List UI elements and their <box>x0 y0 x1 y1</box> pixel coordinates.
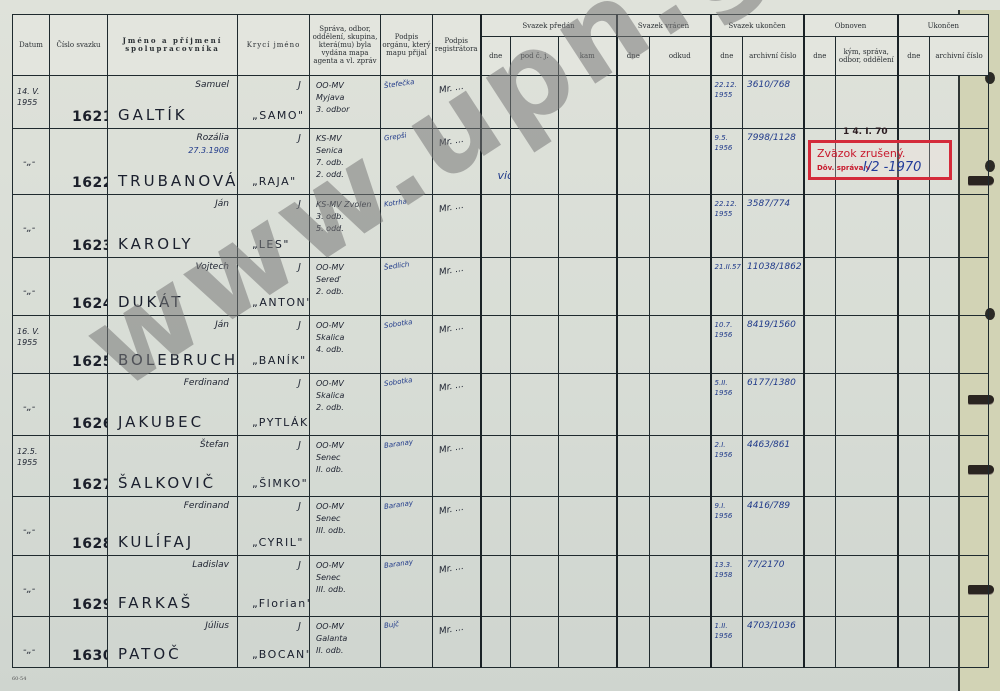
cell-ukoncen-dne: 9.5. 1956 <box>711 129 743 195</box>
cell-jmeno: SamuelGALTÍK <box>108 76 238 129</box>
organ-signature-name: Baranay <box>383 498 413 512</box>
cover-name: „ANTON" <box>252 296 310 309</box>
closed-date: 13.3. 1958 <box>715 560 743 580</box>
cell-vracen-dne <box>617 76 650 129</box>
department-line: III. odb. <box>316 525 346 537</box>
first-name: Ferdinand <box>184 378 229 388</box>
archive-number: 77/2170 <box>747 560 784 570</box>
cell-predan-dne <box>481 374 511 436</box>
department-line: Senec <box>316 572 346 584</box>
register-table: Datum Číslo svazku Jméno a příjmení spol… <box>12 14 989 668</box>
category-mark: J <box>298 440 301 451</box>
cell-jmeno: JánKAROLY <box>108 195 238 258</box>
category-mark: J <box>298 199 301 210</box>
cell-predan-kam <box>559 556 617 617</box>
cell-sprava: OO-MVSkalica2. odb. <box>310 374 381 436</box>
cell-cislo: 1626 <box>50 374 108 436</box>
department-line: 5. odd. <box>316 223 371 235</box>
cell-obnoven-dne <box>804 436 836 497</box>
table-row: 14. V. 19551621SamuelGALTÍKJ„SAMO"OO-MVM… <box>13 76 989 129</box>
cell-sprava: OO-MVMyjava3. odbor <box>310 76 381 129</box>
cell-podpis-organu: Kotrha <box>381 195 433 258</box>
cell-vracen-dne <box>617 195 650 258</box>
category-mark: J <box>298 80 301 91</box>
cell-predan-dne <box>481 436 511 497</box>
department-line: 2. odb. <box>316 402 344 414</box>
category-mark: J <box>298 262 301 273</box>
cell-podpis-organu: Sobotka <box>381 374 433 436</box>
surname: BOLEBRUCH <box>118 351 238 369</box>
cell-podpis-registratora: Mr. ... <box>433 497 481 556</box>
col-svazek-vracen: Svazek vrácen <box>617 15 711 37</box>
stamp-handwritten: I/2 -1970 <box>863 160 921 175</box>
cell-kryci-jmeno: J„PYTLÁK" <box>238 374 310 436</box>
department-line: OO-MV <box>316 320 344 332</box>
cell-ukoncen2-archivni-cislo <box>930 195 989 258</box>
file-number: 1621 <box>72 109 108 125</box>
cell-kryci-jmeno: J„ANTON" <box>238 258 310 316</box>
archive-number: 6177/1380 <box>747 378 796 388</box>
department-line: II. odb. <box>316 464 344 476</box>
col-obnoven-dne: dne <box>804 37 836 76</box>
cell-ukoncen-dne: 1.II. 1956 <box>711 617 743 668</box>
cell-podpis-organu: Grepši <box>381 129 433 195</box>
cover-name: „BOCAN" <box>252 648 310 661</box>
stamp-line-1: Zväzok zrušený. <box>817 147 905 160</box>
first-name: Štefan <box>200 440 229 450</box>
cell-cislo: 1624 <box>50 258 108 316</box>
cell-obnoven-dne <box>804 316 836 374</box>
cell-predan-dne <box>481 556 511 617</box>
department-line: Skalica <box>316 332 344 344</box>
cell-ukoncen-archivni-cislo: 3587/774 <box>743 195 804 258</box>
cell-jmeno: FerdinandKULÍFAJ <box>108 497 238 556</box>
cell-vracen-dne <box>617 374 650 436</box>
cell-ukoncen2-dne <box>898 436 930 497</box>
cell-ukoncen-archivni-cislo: 6177/1380 <box>743 374 804 436</box>
cell-predan-dne <box>481 195 511 258</box>
organ-signature-name: Štefečka <box>383 77 415 91</box>
department-line: 3. odb. <box>316 211 371 223</box>
file-number: 1626 <box>72 416 108 432</box>
cell-podpis-registratora: Mr. ... <box>433 129 481 195</box>
cell-vracen-odkud <box>650 129 711 195</box>
col-sprava: Správa, odbor, oddělení, skupina, která(… <box>310 15 381 76</box>
cell-vracen-dne <box>617 617 650 668</box>
cell-vracen-odkud <box>650 195 711 258</box>
cell-podpis-registratora: Mr. ... <box>433 258 481 316</box>
cell-kryci-jmeno: J„BANÍK" <box>238 316 310 374</box>
cell-obnoven-dne <box>804 374 836 436</box>
col-podpis-registratora: Podpis registrátora <box>433 15 481 76</box>
cell-podpis-organu: Baranay <box>381 556 433 617</box>
col-vracen-odkud: odkud <box>650 37 711 76</box>
department: OO-MVSenecII. odb. <box>316 440 344 476</box>
cell-predan-kam <box>559 129 617 195</box>
col-kryci-jmeno: Krycí jméno <box>238 15 310 76</box>
cell-sprava: OO-MVSkalica4. odb. <box>310 316 381 374</box>
col-ukoncen1-archivni-cislo: archivní číslo <box>743 37 804 76</box>
cover-name: „RAJA" <box>252 175 297 188</box>
cell-sprava: KS-MV Zvolen3. odb.5. odd. <box>310 195 381 258</box>
surname: TRUBANOVÁ <box>118 172 238 190</box>
cell-kryci-jmeno: J„CYRIL" <box>238 497 310 556</box>
cell-vracen-odkud <box>650 617 711 668</box>
registrar-signature: Mr. ... <box>438 562 464 577</box>
first-name: Ferdinand <box>184 501 229 511</box>
organ-signature: Štefečka <box>383 77 415 91</box>
cell-datum: -„- <box>13 258 50 316</box>
organ-signature-name: Šedlich <box>383 259 410 272</box>
col-cislo-svazku: Číslo svazku <box>50 15 108 76</box>
department: KS-MVSenica7. odb.2. odd. <box>316 133 344 181</box>
cell-predan-pod-cj <box>511 76 559 129</box>
cell-jmeno: JánBOLEBRUCH <box>108 316 238 374</box>
cell-predan-dne <box>481 617 511 668</box>
cell-jmeno: JúliusPATOČ <box>108 617 238 668</box>
cell-podpis-organu: Baranay <box>381 436 433 497</box>
cell-datum: 14. V. 1955 <box>13 76 50 129</box>
cell-ukoncen2-dne <box>898 258 930 316</box>
archive-number: 11038/1862 <box>747 262 802 272</box>
reference-note: viď reg. č. 10217 <box>498 169 511 182</box>
cell-sprava: OO-MVSenecIII. odb. <box>310 556 381 617</box>
cell-predan-dne <box>481 497 511 556</box>
department: OO-MVMyjava3. odbor <box>316 80 349 116</box>
cell-jmeno: Rozália27.3.1908TRUBANOVÁ <box>108 129 238 195</box>
organ-signature: Sobotka <box>383 317 413 331</box>
archive-number: 4463/861 <box>747 440 790 450</box>
col-obnoven-kym: kým, správa, odbor, oddělení <box>836 37 898 76</box>
closed-date: 9.I. 1956 <box>715 501 743 521</box>
category-mark: J <box>298 320 301 331</box>
organ-signature: Grepši <box>383 130 407 143</box>
table-row: -„-1626FerdinandJAKUBECJ„PYTLÁK"OO-MVSka… <box>13 374 989 436</box>
first-name: Július <box>205 621 229 631</box>
cell-kryci-jmeno: J„ŠIMKO" <box>238 436 310 497</box>
form-code: 60-54 <box>12 676 26 682</box>
surname: DUKÁT <box>118 293 183 311</box>
cell-ukoncen-dne: 13.3. 1958 <box>711 556 743 617</box>
closed-date: 5.II. 1956 <box>715 378 743 398</box>
surname: JAKUBEC <box>118 413 204 431</box>
cover-name: „CYRIL" <box>252 536 304 549</box>
cell-kryci-jmeno: J„SAMO" <box>238 76 310 129</box>
file-number: 1625 <box>72 354 108 370</box>
surname: PATOČ <box>118 645 182 663</box>
cell-ukoncen-dne: 22.12. 1955 <box>711 76 743 129</box>
cell-podpis-registratora: Mr. ... <box>433 316 481 374</box>
organ-signature-name: Bujč <box>383 619 399 631</box>
registrar-signature: Mr. ... <box>438 82 464 97</box>
cell-ukoncen2-archivni-cislo <box>930 436 989 497</box>
surname: FARKAŠ <box>118 594 193 612</box>
col-svazek-predan: Svazek předán <box>481 15 617 37</box>
department: OO-MVSkalica4. odb. <box>316 320 344 356</box>
department-line: 2. odd. <box>316 169 344 181</box>
table-row: -„-1623JánKAROLYJ„LES"KS-MV Zvolen3. odb… <box>13 195 989 258</box>
department-line: Skalica <box>316 390 344 402</box>
cell-predan-kam <box>559 195 617 258</box>
cell-ukoncen2-archivni-cislo <box>930 497 989 556</box>
department-line: 4. odb. <box>316 344 344 356</box>
cell-ukoncen2-archivni-cislo <box>930 617 989 668</box>
cell-datum: -„- <box>13 497 50 556</box>
cell-obnoven-dne <box>804 497 836 556</box>
cell-ukoncen-archivni-cislo: 4463/861 <box>743 436 804 497</box>
cell-sprava: OO-MVSenecIII. odb. <box>310 497 381 556</box>
cell-podpis-registratora: Mr. ... <box>433 374 481 436</box>
cover-name: „LES" <box>252 238 290 251</box>
file-number: 1622 <box>72 175 108 191</box>
cover-name: „SAMO" <box>252 109 305 122</box>
first-name: Ján <box>215 199 229 209</box>
entry-date: -„- <box>23 584 35 595</box>
entry-date: 12.5. 1955 <box>17 446 49 468</box>
registrar-signature: Mr. ... <box>438 623 464 638</box>
department-line: Myjava <box>316 92 349 104</box>
registrar-signature: Mr. ... <box>438 322 464 337</box>
cell-ukoncen-archivni-cislo: 4703/1036 <box>743 617 804 668</box>
cell-podpis-organu: Baranay <box>381 497 433 556</box>
organ-signature: Baranay <box>383 557 413 571</box>
cell-kryci-jmeno: J„BOCAN" <box>238 617 310 668</box>
cell-sprava: OO-MVGalantaII. odb. <box>310 617 381 668</box>
department-line: OO-MV <box>316 440 344 452</box>
cell-vracen-dne <box>617 436 650 497</box>
cell-predan-kam <box>559 374 617 436</box>
registrar-signature: Mr. ... <box>438 503 464 518</box>
col-podpis-organu: Podpis orgánu, který mapu přijal <box>381 15 433 76</box>
cell-obnoven-kym <box>836 195 898 258</box>
cover-name: „Florian" <box>252 597 310 610</box>
cell-vracen-dne <box>617 129 650 195</box>
cell-predan-pod-cj <box>511 617 559 668</box>
organ-signature-name: Sobotka <box>383 375 413 389</box>
organ-signature-name: Kotrha <box>383 196 407 209</box>
first-name: Samuel <box>195 80 229 90</box>
cell-ukoncen-archivni-cislo: 77/2170 <box>743 556 804 617</box>
cell-jmeno: ŠtefanŠALKOVIČ <box>108 436 238 497</box>
col-ukoncen1-dne: dne <box>711 37 743 76</box>
archive-number: 8419/1560 <box>747 320 796 330</box>
category-mark: J <box>298 378 301 389</box>
cell-vracen-odkud <box>650 76 711 129</box>
closed-date: 22.12. 1955 <box>715 80 743 100</box>
cover-name: „ŠIMKO" <box>252 477 308 490</box>
cell-vracen-dne <box>617 258 650 316</box>
category-mark: J <box>298 133 301 144</box>
first-name: Vojtech <box>196 262 229 272</box>
cell-obnoven-kym <box>836 497 898 556</box>
closed-date: 21.II.57 <box>715 262 741 272</box>
organ-signature: Baranay <box>383 498 413 512</box>
cell-obnoven-dne <box>804 195 836 258</box>
archive-number: 3587/774 <box>747 199 790 209</box>
first-name: Ján <box>215 320 229 330</box>
file-number: 1628 <box>72 536 108 552</box>
organ-signature: Šedlich <box>383 259 410 272</box>
cell-ukoncen2-archivni-cislo <box>930 374 989 436</box>
department-line: KS-MV Zvolen <box>316 199 371 211</box>
department-line: III. odb. <box>316 584 346 596</box>
organ-signature: Bujč <box>383 619 399 631</box>
stamp-date: 1 4. I. 70 <box>843 127 888 137</box>
col-ukoncen2-archivni-cislo: archivní číslo <box>930 37 989 76</box>
cell-obnoven-kym <box>836 76 898 129</box>
file-number: 1623 <box>72 238 108 254</box>
closed-date: 22.12. 1955 <box>715 199 743 219</box>
cell-ukoncen2-archivni-cislo <box>930 76 989 129</box>
file-number: 1630 <box>72 648 108 664</box>
organ-signature-name: Baranay <box>383 557 413 571</box>
cell-ukoncen2-dne <box>898 76 930 129</box>
cell-vracen-dne <box>617 316 650 374</box>
cell-podpis-organu: Štefečka <box>381 76 433 129</box>
cell-cislo: 1627 <box>50 436 108 497</box>
department-line: Sereď <box>316 274 344 286</box>
cell-predan-dne: viď reg. č. 10217 <box>481 129 511 195</box>
cell-cislo: 1622 <box>50 129 108 195</box>
cell-sprava: KS-MVSenica7. odb.2. odd. <box>310 129 381 195</box>
cell-ukoncen-dne: 5.II. 1956 <box>711 374 743 436</box>
entry-date: 14. V. 1955 <box>17 86 49 108</box>
cell-ukoncen-dne: 22.12. 1955 <box>711 195 743 258</box>
ledger-page: Datum Číslo svazku Jméno a příjmení spol… <box>0 0 1000 691</box>
cell-ukoncen2-dne <box>898 617 930 668</box>
cell-vracen-odkud <box>650 316 711 374</box>
archive-number: 7998/1128 <box>747 133 796 143</box>
cell-podpis-organu: Sobotka <box>381 316 433 374</box>
cell-vracen-dne <box>617 497 650 556</box>
cell-obnoven-dne <box>804 258 836 316</box>
cover-name: „BANÍK" <box>252 354 307 367</box>
cell-ukoncen-dne: 21.II.57 <box>711 258 743 316</box>
department: OO-MVSereď2. odb. <box>316 262 344 298</box>
first-name: Ladislav <box>192 560 229 570</box>
col-datum: Datum <box>13 15 50 76</box>
cell-vracen-odkud <box>650 374 711 436</box>
cell-kryci-jmeno: J„RAJA" <box>238 129 310 195</box>
cell-cislo: 1623 <box>50 195 108 258</box>
entry-date: -„- <box>23 645 35 656</box>
cell-predan-kam <box>559 617 617 668</box>
cell-vracen-odkud <box>650 497 711 556</box>
cell-ukoncen-dne: 10.7. 1956 <box>711 316 743 374</box>
department-line: Galanta <box>316 633 347 645</box>
cell-podpis-organu: Bujč <box>381 617 433 668</box>
cell-ukoncen-archivni-cislo: 8419/1560 <box>743 316 804 374</box>
col-ukoncen2-dne: dne <box>898 37 930 76</box>
entry-date: -„- <box>23 525 35 536</box>
organ-signature-name: Grepši <box>383 130 407 143</box>
cell-predan-dne <box>481 76 511 129</box>
cell-kryci-jmeno: J„Florian" <box>238 556 310 617</box>
first-name: Rozália <box>196 133 229 143</box>
cell-sprava: OO-MVSenecII. odb. <box>310 436 381 497</box>
col-ukoncen: Ukončen <box>898 15 989 37</box>
department-line: OO-MV <box>316 378 344 390</box>
cover-name: „PYTLÁK" <box>252 416 310 429</box>
cell-datum: -„- <box>13 374 50 436</box>
cell-datum: -„- <box>13 195 50 258</box>
surname: ŠALKOVIČ <box>118 474 216 492</box>
registrar-signature: Mr. ... <box>438 135 464 150</box>
file-number: 1627 <box>72 477 108 493</box>
cell-ukoncen2-dne <box>898 195 930 258</box>
cell-cislo: 1621 <box>50 76 108 129</box>
cell-obnoven-kym <box>836 556 898 617</box>
entry-date: -„- <box>23 286 35 297</box>
file-number: 1629 <box>72 597 108 613</box>
department: KS-MV Zvolen3. odb.5. odd. <box>316 199 371 235</box>
department-line: Senica <box>316 145 344 157</box>
department-line: OO-MV <box>316 262 344 274</box>
surname: KAROLY <box>118 235 194 253</box>
organ-signature-name: Sobotka <box>383 317 413 331</box>
cell-ukoncen2-archivni-cislo <box>930 556 989 617</box>
cell-obnoven-dne <box>804 556 836 617</box>
cell-podpis-organu: Šedlich <box>381 258 433 316</box>
cell-datum: -„- <box>13 556 50 617</box>
entry-date: -„- <box>23 402 35 413</box>
cell-predan-pod-cj <box>511 316 559 374</box>
closed-date: 1.II. 1956 <box>715 621 743 641</box>
cell-predan-pod-cj <box>511 436 559 497</box>
organ-signature: Baranay <box>383 437 413 451</box>
department: OO-MVSenecIII. odb. <box>316 501 346 537</box>
cell-ukoncen-archivni-cislo: 4416/789 <box>743 497 804 556</box>
department-line: II. odb. <box>316 645 347 657</box>
cell-cislo: 1630 <box>50 617 108 668</box>
table-row: 12.5. 19551627ŠtefanŠALKOVIČJ„ŠIMKO"OO-M… <box>13 436 989 497</box>
cell-predan-pod-cj <box>511 374 559 436</box>
col-predan-kam: kam <box>559 37 617 76</box>
col-predan-pod-cj: pod č. j. <box>511 37 559 76</box>
cell-vracen-odkud <box>650 556 711 617</box>
archive-number: 4703/1036 <box>747 621 796 631</box>
cell-predan-kam <box>559 436 617 497</box>
col-obnoven: Obnoven <box>804 15 898 37</box>
cell-ukoncen-archivni-cislo: 3610/768 <box>743 76 804 129</box>
cell-ukoncen-dne: 2.I. 1956 <box>711 436 743 497</box>
cell-obnoven-kym <box>836 436 898 497</box>
cell-ukoncen2-dne <box>898 374 930 436</box>
cell-predan-pod-cj <box>511 556 559 617</box>
department-line: KS-MV <box>316 133 344 145</box>
cell-obnoven-dne <box>804 76 836 129</box>
cell-cislo: 1629 <box>50 556 108 617</box>
file-number: 1624 <box>72 296 108 312</box>
col-jmeno: Jméno a příjmení spolupracovníka <box>108 15 238 76</box>
department-line: 2. odb. <box>316 286 344 298</box>
cell-predan-pod-cj <box>511 497 559 556</box>
cell-podpis-registratora: Mr. ... <box>433 617 481 668</box>
cell-podpis-registratora: Mr. ... <box>433 76 481 129</box>
cell-cislo: 1628 <box>50 497 108 556</box>
cell-jmeno: VojtechDUKÁT <box>108 258 238 316</box>
cell-obnoven-kym <box>836 258 898 316</box>
registrar-signature: Mr. ... <box>438 201 464 216</box>
department-line: OO-MV <box>316 560 346 572</box>
registrar-signature: Mr. ... <box>438 442 464 457</box>
cell-ukoncen2-dne <box>898 497 930 556</box>
cell-predan-pod-cj <box>511 195 559 258</box>
entry-date: -„- <box>23 157 35 168</box>
department-line: OO-MV <box>316 501 346 513</box>
closed-date: 9.5. 1956 <box>715 133 743 153</box>
cell-datum: 16. V. 1955 <box>13 316 50 374</box>
